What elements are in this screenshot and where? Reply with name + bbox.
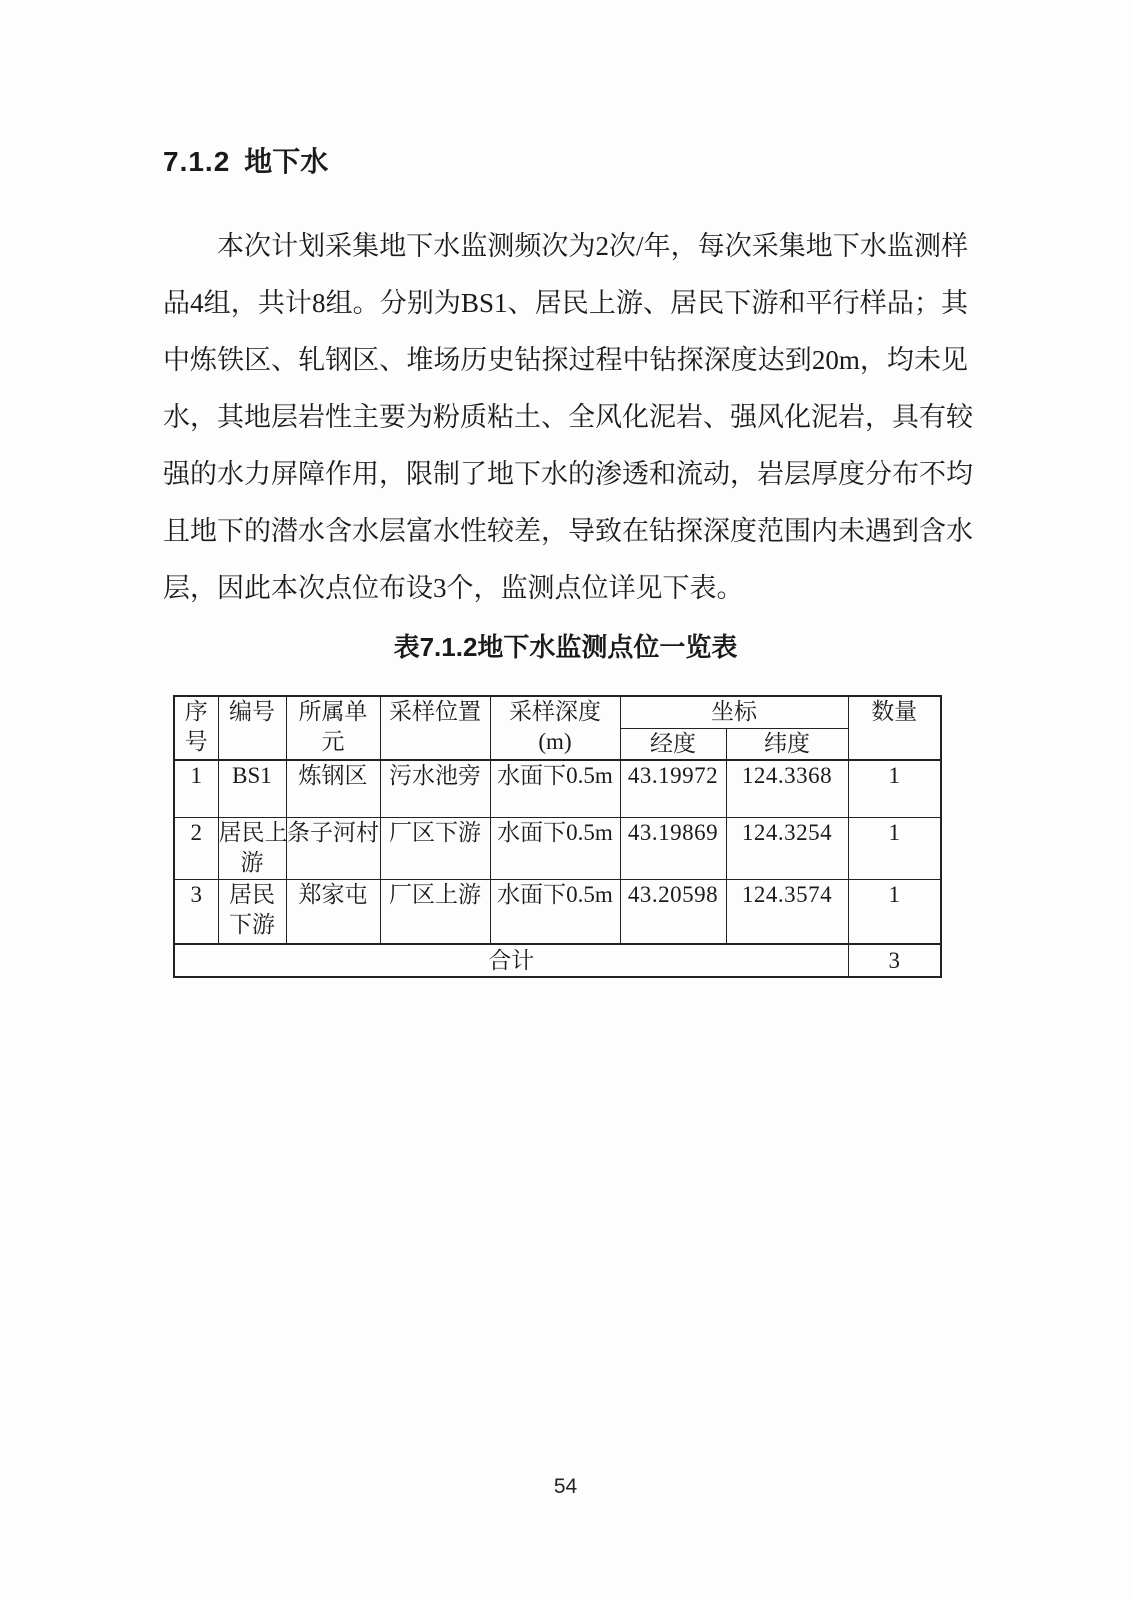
cell-depth: 水面下0.5m xyxy=(490,818,620,880)
cell-code: 居民 下游 xyxy=(218,880,286,944)
monitoring-points-table: 序 号 编号 所属单 元 采样位置 采样深度 (m) 坐标 数量 经度 纬度 1… xyxy=(173,695,942,978)
cell-seq: 2 xyxy=(174,818,218,880)
cell-latitude: 124.3574 xyxy=(726,880,848,944)
page-number: 54 xyxy=(0,1475,1131,1499)
cell-position: 厂区下游 xyxy=(380,818,490,880)
col-header-count: 数量 xyxy=(848,696,941,760)
table-caption-number: 7.1.2 xyxy=(420,632,478,662)
cell-position: 污水池旁 xyxy=(380,760,490,818)
cell-longitude: 43.20598 xyxy=(620,880,726,944)
cell-latitude: 124.3254 xyxy=(726,818,848,880)
cell-unit: 条子河村 xyxy=(286,818,380,880)
table-footer-row: 合计 3 xyxy=(174,944,941,977)
cell-unit: 郑家屯 xyxy=(286,880,380,944)
cell-count: 1 xyxy=(848,760,941,818)
paragraph-line: 品4组，共计8组。分别为BS1、居民上游、居民下游和平行样品；其 xyxy=(163,275,968,332)
paragraph-line: 强的水力屏障作用，限制了地下水的渗透和流动，岩层厚度分布不均 xyxy=(163,446,968,503)
cell-longitude: 43.19869 xyxy=(620,818,726,880)
cell-depth: 水面下0.5m xyxy=(490,880,620,944)
cell-seq: 1 xyxy=(174,760,218,818)
cell-seq: 3 xyxy=(174,880,218,944)
footer-label: 合计 xyxy=(174,944,848,977)
table-caption-title: 地下水监测点位一览表 xyxy=(477,633,737,662)
col-header-latitude: 纬度 xyxy=(726,728,848,760)
paragraph-line: 水，其地层岩性主要为粉质粘土、全风化泥岩、强风化泥岩，具有较 xyxy=(163,389,968,446)
table-header-row: 序 号 编号 所属单 元 采样位置 采样深度 (m) 坐标 数量 xyxy=(174,696,941,728)
col-header-coordinates: 坐标 xyxy=(620,696,848,728)
col-header-position: 采样位置 xyxy=(380,696,490,760)
body-paragraph: 本次计划采集地下水监测频次为2次/年，每次采集地下水监测样 品4组，共计8组。分… xyxy=(163,218,968,617)
cell-count: 1 xyxy=(848,880,941,944)
paragraph-line: 中炼铁区、轧钢区、堆场历史钻探过程中钻探深度达到20m，均未见 xyxy=(163,332,968,389)
table-caption-prefix: 表 xyxy=(394,633,420,662)
table-row: 2 居民上 游 条子河村 厂区下游 水面下0.5m 43.19869 124.3… xyxy=(174,818,941,880)
cell-count: 1 xyxy=(848,818,941,880)
table-caption: 表7.1.2地下水监测点位一览表 xyxy=(163,627,968,664)
section-title: 地下水 xyxy=(244,147,328,178)
section-heading: 7.1.2地下水 xyxy=(163,140,328,180)
cell-code: 居民上 游 xyxy=(218,818,286,880)
cell-code: BS1 xyxy=(218,760,286,818)
col-header-unit: 所属单 元 xyxy=(286,696,380,760)
table-row: 3 居民 下游 郑家屯 厂区上游 水面下0.5m 43.20598 124.35… xyxy=(174,880,941,944)
cell-depth: 水面下0.5m xyxy=(490,760,620,818)
document-page: 7.1.2地下水 本次计划采集地下水监测频次为2次/年，每次采集地下水监测样 品… xyxy=(0,0,1131,1600)
paragraph-line: 层，因此本次点位布设3个，监测点位详见下表。 xyxy=(163,560,968,617)
col-header-seq: 序 号 xyxy=(174,696,218,760)
col-header-depth: 采样深度 (m) xyxy=(490,696,620,760)
cell-position: 厂区上游 xyxy=(380,880,490,944)
cell-latitude: 124.3368 xyxy=(726,760,848,818)
table-row: 1 BS1 炼钢区 污水池旁 水面下0.5m 43.19972 124.3368… xyxy=(174,760,941,818)
cell-unit: 炼钢区 xyxy=(286,760,380,818)
cell-longitude: 43.19972 xyxy=(620,760,726,818)
col-header-longitude: 经度 xyxy=(620,728,726,760)
section-number: 7.1.2 xyxy=(163,146,230,177)
paragraph-line: 本次计划采集地下水监测频次为2次/年，每次采集地下水监测样 xyxy=(163,218,968,275)
footer-total: 3 xyxy=(848,944,941,977)
col-header-code: 编号 xyxy=(218,696,286,760)
paragraph-line: 且地下的潜水含水层富水性较差，导致在钻探深度范围内未遇到含水 xyxy=(163,503,968,560)
